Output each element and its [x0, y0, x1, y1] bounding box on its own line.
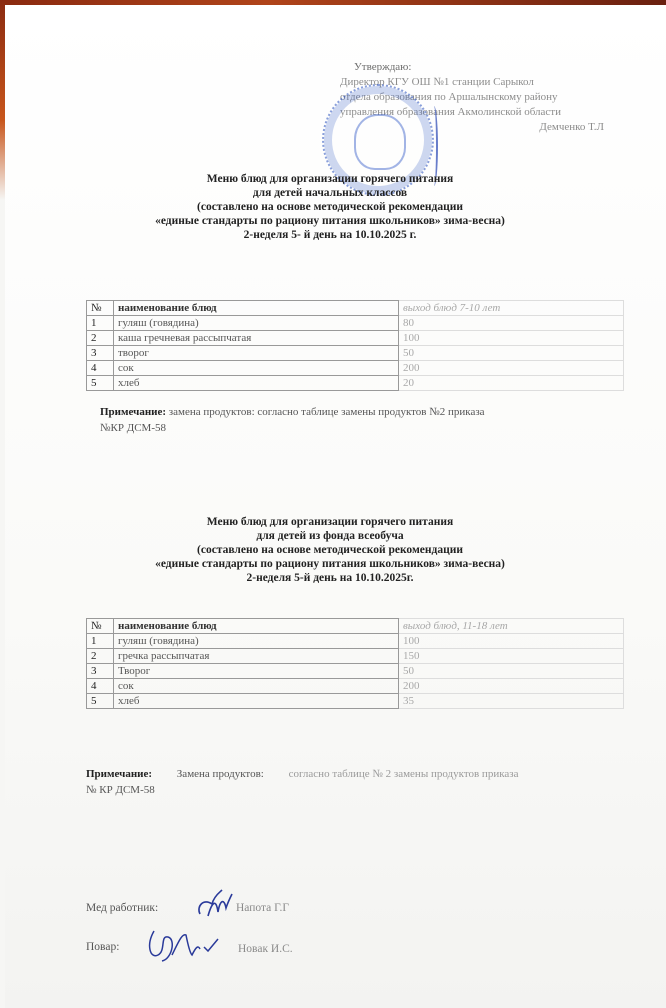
header-number: №: [87, 619, 114, 634]
table-row: 1 гуляш (говядина) 100: [87, 634, 624, 649]
signature-role: Повар:: [86, 941, 119, 953]
cell-portion: 20: [399, 376, 624, 391]
signature-cook: Повар: Новак И.С.: [86, 941, 119, 953]
cell-dish: гречка рассыпчатая: [114, 649, 399, 664]
table-row: 2 каша гречневая рассыпчатая 100: [87, 331, 624, 346]
title-line: для детей начальных классов: [120, 186, 540, 200]
title-line: Меню блюд для организации горячего питан…: [120, 515, 540, 529]
note-reference: № КР ДСМ-58: [86, 784, 155, 796]
title-line: Меню блюд для организации горячего питан…: [120, 172, 540, 186]
cell-dish: Творог: [114, 664, 399, 679]
approval-heading: Утверждаю:: [340, 60, 610, 75]
cell-portion: 80: [399, 316, 624, 331]
signature-role: Мед работник:: [86, 902, 158, 914]
note-vseobuch: Примечание: Замена продуктов: согласно т…: [86, 766, 616, 798]
menu-title-vseobuch: Меню блюд для организации горячего питан…: [120, 515, 540, 585]
title-line: (составлено на основе методической реком…: [120, 543, 540, 557]
handwritten-signature-icon: [194, 888, 234, 922]
note-label: Примечание:: [86, 768, 152, 780]
cell-dish: сок: [114, 679, 399, 694]
table-row: 1 гуляш (говядина) 80: [87, 316, 624, 331]
handwritten-signature-icon: [142, 925, 222, 965]
header-dish: наименование блюд: [114, 301, 399, 316]
cell-dish: гуляш (говядина): [114, 634, 399, 649]
cell-portion: 50: [399, 346, 624, 361]
note-label: Примечание:: [100, 406, 166, 418]
cell-number: 2: [87, 331, 114, 346]
title-line: для детей из фонда всеобуча: [120, 529, 540, 543]
note-primary: Примечание: замена продуктов: согласно т…: [100, 404, 630, 436]
table-row: 2 гречка рассыпчатая 150: [87, 649, 624, 664]
cell-number: 5: [87, 694, 114, 709]
cell-number: 2: [87, 649, 114, 664]
title-line: «единые стандарты по рациону питания шко…: [120, 214, 540, 228]
cell-number: 1: [87, 316, 114, 331]
cell-number: 5: [87, 376, 114, 391]
table-row: 3 Творог 50: [87, 664, 624, 679]
note-text: замена продуктов: согласно таблице замен…: [169, 406, 485, 418]
cell-dish: каша гречневая рассыпчатая: [114, 331, 399, 346]
cell-portion: 100: [399, 634, 624, 649]
title-line: 2-неделя 5- й день на 10.10.2025 г.: [120, 228, 540, 242]
menu-title-primary: Меню блюд для организации горячего питан…: [120, 172, 540, 242]
table-row: 4 сок 200: [87, 679, 624, 694]
cell-number: 3: [87, 664, 114, 679]
table-row: 4 сок 200: [87, 361, 624, 376]
signature-medical-worker: Мед работник: Напота Г.Г: [86, 902, 158, 914]
menu-table-vseobuch: № наименование блюд выход блюд, 11-18 ле…: [86, 618, 624, 709]
cell-number: 1: [87, 634, 114, 649]
table-row: 5 хлеб 20: [87, 376, 624, 391]
table-row: 5 хлеб 35: [87, 694, 624, 709]
header-portion: выход блюд 7-10 лет: [399, 301, 624, 316]
header-dish: наименование блюд: [114, 619, 399, 634]
cell-dish: сок: [114, 361, 399, 376]
table-header-row: № наименование блюд выход блюд, 11-18 ле…: [87, 619, 624, 634]
note-text-continued: согласно таблице № 2 замены продуктов пр…: [289, 768, 519, 780]
cell-number: 4: [87, 679, 114, 694]
cell-portion: 50: [399, 664, 624, 679]
cell-dish: хлеб: [114, 694, 399, 709]
note-text: Замена продуктов:: [177, 768, 264, 780]
note-reference: №КР ДСМ-58: [100, 422, 166, 434]
cell-dish: творог: [114, 346, 399, 361]
cell-number: 4: [87, 361, 114, 376]
stamp-emblem-icon: [354, 114, 406, 170]
table-row: 3 творог 50: [87, 346, 624, 361]
cell-number: 3: [87, 346, 114, 361]
cell-portion: 200: [399, 361, 624, 376]
signature-name: Новак И.С.: [238, 943, 293, 955]
cell-portion: 150: [399, 649, 624, 664]
cell-portion: 35: [399, 694, 624, 709]
cell-portion: 200: [399, 679, 624, 694]
menu-table-primary: № наименование блюд выход блюд 7-10 лет …: [86, 300, 624, 391]
cell-portion: 100: [399, 331, 624, 346]
cell-dish: гуляш (говядина): [114, 316, 399, 331]
header-number: №: [87, 301, 114, 316]
title-line: «единые стандарты по рациону питания шко…: [120, 557, 540, 571]
cell-dish: хлеб: [114, 376, 399, 391]
signature-name: Напота Г.Г: [236, 902, 289, 914]
table-header-row: № наименование блюд выход блюд 7-10 лет: [87, 301, 624, 316]
title-line: (составлено на основе методической реком…: [120, 200, 540, 214]
header-portion: выход блюд, 11-18 лет: [399, 619, 624, 634]
title-line: 2-неделя 5-й день на 10.10.2025г.: [120, 571, 540, 585]
